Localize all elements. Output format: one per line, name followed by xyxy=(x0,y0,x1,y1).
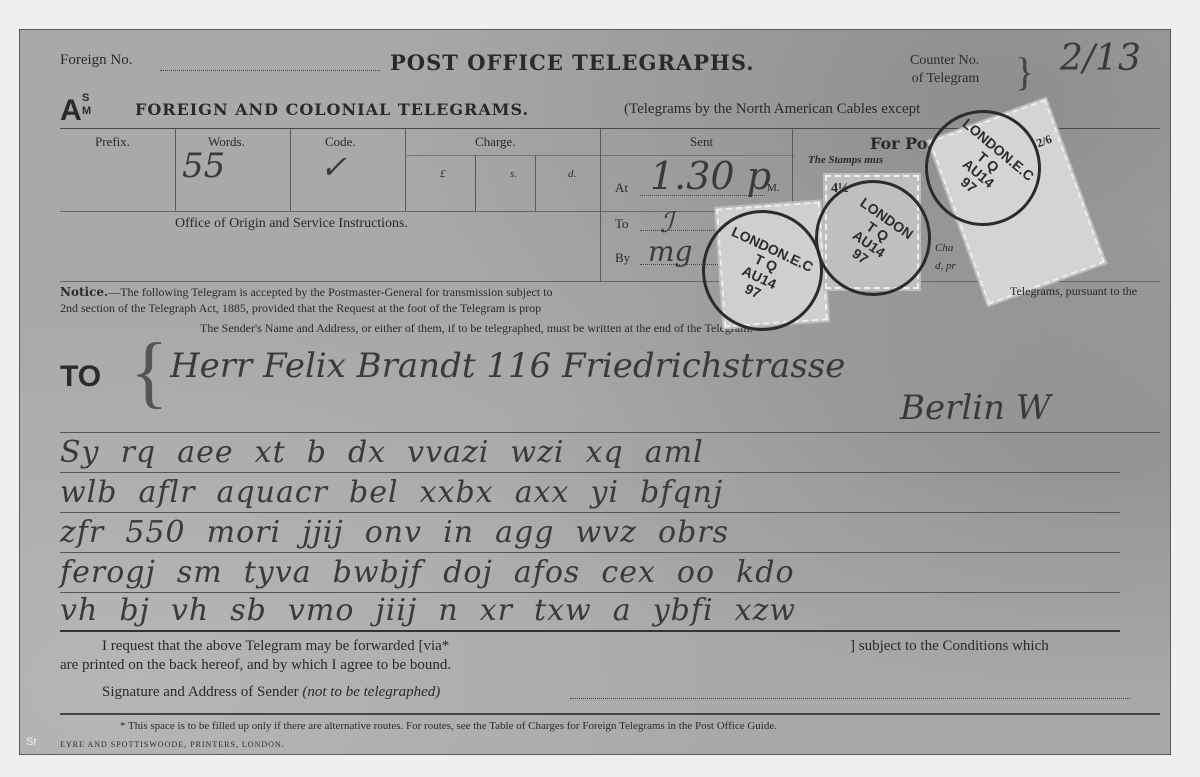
counter-label-1: Counter No. xyxy=(910,52,979,70)
at-label: At xyxy=(615,180,628,196)
counter-no-label: Counter No. of Telegram xyxy=(910,52,979,88)
words-value: 55 xyxy=(182,146,225,186)
stamps-note: The Stamps mus xyxy=(808,154,883,166)
foreign-no-label: Foreign No. xyxy=(60,52,133,69)
address-line-1: Herr Felix Brandt 116 Friedrichstrasse xyxy=(170,346,845,386)
counter-no-value: 2/13 xyxy=(1060,38,1141,79)
m-label: M. xyxy=(767,182,780,194)
to-label: To xyxy=(615,216,629,232)
telegram-form: Foreign No. POST OFFICE TELEGRAPHS. Coun… xyxy=(19,29,1171,755)
counter-label-2: of Telegram xyxy=(910,70,979,88)
form-title: POST OFFICE TELEGRAPHS. xyxy=(390,50,755,75)
code-value: ✓ xyxy=(320,148,347,186)
message-line-2: wlb aflr aquacr bel xxbx axx yi bfqnj xyxy=(60,474,1120,513)
by-label: By xyxy=(615,250,630,266)
request-line-1: I request that the above Telegram may be… xyxy=(102,638,449,655)
corner-mark: Sr xyxy=(26,736,37,748)
notice-line-1-end: Telegrams, pursuant to the xyxy=(1010,284,1137,299)
form-subtitle: FOREIGN AND COLONIAL TELEGRAMS. xyxy=(135,100,529,119)
charge-pence: d. xyxy=(568,168,576,180)
prefix-label: Prefix. xyxy=(95,134,130,150)
brace-icon: { xyxy=(130,332,168,412)
message-line-4: ferogj sm tyva bwbjf doj afos cex oo kdo xyxy=(60,554,1120,593)
charge-label: Charge. xyxy=(475,134,516,150)
brace-icon: } xyxy=(1015,48,1034,95)
request-line-2: are printed on the back hereof, and by w… xyxy=(60,657,451,674)
code-sup: S xyxy=(82,92,91,105)
form-code-suffix: S M xyxy=(82,92,91,118)
message-line-5: vh bj vh sb vmo jiij n xr txw a ybfi xzw xyxy=(60,592,1120,632)
charge-shillings: s. xyxy=(510,168,517,180)
code-sub: M xyxy=(82,105,91,118)
subtitle-note: (Telegrams by the North American Cables … xyxy=(624,101,920,118)
charge-pounds: £ xyxy=(440,168,446,180)
notice-line-1: —The following Telegram is accepted by t… xyxy=(108,285,552,299)
printer-imprint: EYRE AND SPOTTISWOODE, PRINTERS, LONDON. xyxy=(60,740,285,749)
cha-label: Cha xyxy=(935,242,953,254)
sent-label: Sent xyxy=(690,134,713,150)
signature-label: Signature and Address of Sender (not to … xyxy=(102,684,440,701)
signature-label-text: Signature and Address of Sender xyxy=(102,684,299,700)
notice-label: Notice. xyxy=(60,285,108,299)
address-line-2: Berlin W xyxy=(900,388,1051,428)
sent-at-value: 1.30 p xyxy=(650,154,771,198)
footnote: * This space is to be filled up only if … xyxy=(120,720,777,732)
form-code-letter: A xyxy=(60,94,82,128)
d-pr-label: d, pr xyxy=(935,260,956,272)
message-line-1: Sy rq aee xt b dx vvazi wzi xq aml xyxy=(60,434,1120,473)
signature-field xyxy=(570,698,1130,699)
to-address-label: TO xyxy=(60,360,101,394)
message-line-3: zfr 550 mori jjij onv in agg wvz obrs xyxy=(60,514,1120,553)
sender-instruction: The Sender's Name and Address, or either… xyxy=(200,321,753,336)
foreign-no-field xyxy=(160,70,380,71)
sent-by-value: mg xyxy=(648,235,692,268)
request-line-1-end: ] subject to the Conditions which xyxy=(850,638,1049,655)
signature-note: (not to be telegraphed) xyxy=(302,684,440,700)
office-origin-label: Office of Origin and Service Instruction… xyxy=(175,216,408,232)
